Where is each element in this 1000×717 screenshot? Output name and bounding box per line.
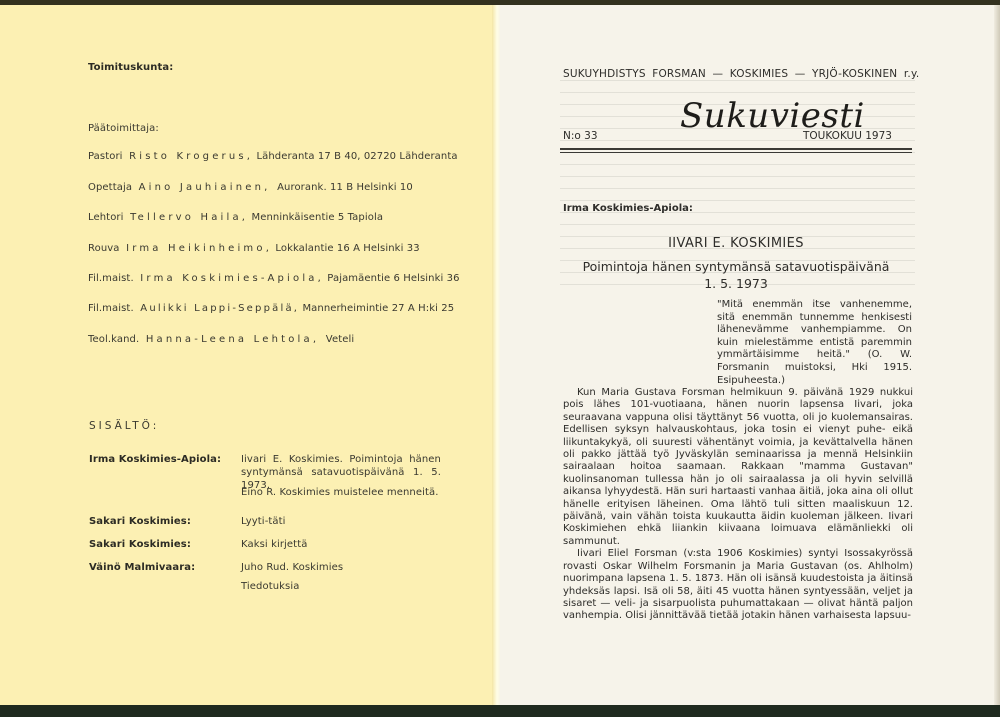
masthead-rule	[560, 148, 912, 150]
subtitle-date: 1. 5. 1973	[560, 275, 912, 292]
association-name: SUKUYHDISTYS FORSMAN — KOSKIMIES — YRJÖ-…	[563, 68, 919, 80]
member-address: Lokkalantie 16 A Helsinki 33	[275, 243, 419, 254]
issue-date: TOUKOKUU 1973	[803, 130, 892, 142]
member-name: Risto Krogerus,	[129, 151, 253, 162]
member-name: Aulikki Lappi-Seppälä,	[140, 303, 299, 314]
toc-author: Väinö Malmivaara:	[89, 562, 195, 573]
editorial-member: Teol.kand. Hanna-Leena Lehtola, Veteli	[88, 334, 354, 345]
page-edge-shadow	[994, 5, 1000, 705]
editorial-member: Lehtori Tellervo Haila, Menninkäisentie …	[88, 212, 383, 223]
masthead-rule	[560, 152, 912, 153]
editorial-member: Fil.maist. Aulikki Lappi-Seppälä, Manner…	[88, 303, 454, 314]
article-author: Irma Koskimies-Apiola:	[563, 203, 693, 214]
issue-number: N:o 33	[563, 130, 598, 142]
editorial-member: Rouva Irma Heikinheimo, Lokkalantie 16 A…	[88, 243, 420, 254]
toc-title: Juho Rud. Koskimies	[241, 561, 441, 574]
member-address: Mannerheimintie 27 A H:ki 25	[302, 303, 454, 314]
toc-title: Eino R. Koskimies muistelee menneitä.	[241, 486, 441, 499]
editorial-member: Opettaja Aino Jauhiainen, Aurorank. 11 B…	[88, 182, 413, 193]
contents-heading: SISÄLTÖ:	[89, 420, 159, 432]
member-name: Aino Jauhiainen,	[139, 182, 271, 193]
toc-title: Kaksi kirjettä	[241, 538, 441, 551]
member-title: Rouva	[88, 243, 120, 254]
member-address: Menninkäisentie 5 Tapiola	[251, 212, 383, 223]
member-title: Pastori	[88, 151, 123, 162]
toc-title: Lyyti-täti	[241, 515, 441, 528]
member-name: Irma Koskimies-Apiola,	[140, 273, 324, 284]
toc-author: Sakari Koskimies:	[89, 539, 191, 550]
member-title: Lehtori	[88, 212, 124, 223]
editorial-member: Fil.maist. Irma Koskimies-Apiola, Pajamä…	[88, 273, 460, 284]
member-name: Irma Heikinheimo,	[126, 243, 272, 254]
toc-author: Sakari Koskimies:	[89, 516, 191, 527]
body-paragraph: Iivari Eliel Forsman (v:sta 1906 Koskimi…	[563, 548, 913, 622]
member-address: Aurorank. 11 B Helsinki 10	[277, 182, 413, 193]
member-title: Opettaja	[88, 182, 132, 193]
editorial-board-heading: Toimituskunta:	[88, 62, 173, 73]
member-address: Lähderanta 17 B 40, 02720 Lähderanta	[256, 151, 457, 162]
member-address: Pajamäentie 6 Helsinki 36	[327, 273, 459, 284]
left-page	[0, 5, 498, 705]
member-title: Fil.maist.	[88, 303, 134, 314]
member-name: Hanna-Leena Lehtola,	[146, 334, 319, 345]
toc-title: Tiedotuksia	[241, 580, 441, 593]
scan-bottom-edge	[0, 705, 1000, 717]
member-title: Teol.kand.	[88, 334, 139, 345]
article-body: Kun Maria Gustava Forsman helmikuun 9. p…	[563, 387, 913, 623]
body-paragraph: Kun Maria Gustava Forsman helmikuun 9. p…	[563, 387, 913, 548]
subtitle-line: Poimintoja hänen syntymänsä satavuotispä…	[560, 258, 912, 275]
epigraph-quote: "Mitä enemmän itse vanhenemme, sitä enem…	[717, 299, 912, 387]
article-title: IIVARI E. KOSKIMIES	[560, 236, 912, 251]
toc-author: Irma Koskimies-Apiola:	[89, 454, 221, 465]
chief-editor-label: Päätoimittaja:	[88, 123, 159, 134]
article-subtitle: Poimintoja hänen syntymänsä satavuotispä…	[560, 258, 912, 292]
editorial-member: Pastori Risto Krogerus, Lähderanta 17 B …	[88, 151, 458, 162]
member-address: Veteli	[326, 334, 354, 345]
member-name: Tellervo Haila,	[130, 212, 248, 223]
member-title: Fil.maist.	[88, 273, 134, 284]
